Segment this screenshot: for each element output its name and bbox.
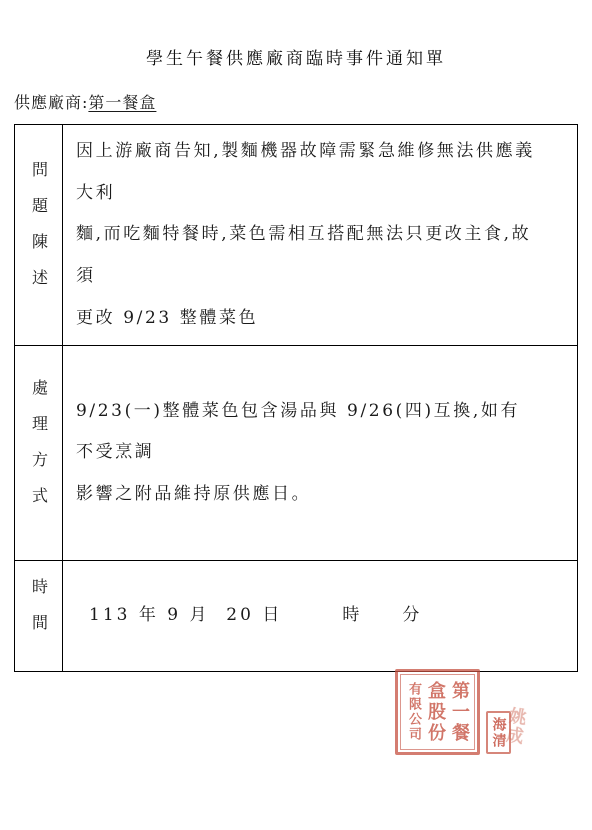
page-title: 學生午餐供應廠商臨時事件通知單 [0,0,592,69]
row-header-handling-label: 處理方式 [31,379,47,523]
company-seal-column-2: 盒股份 [426,681,444,744]
company-stamp-seal-border: 第一餐 盒股份 有限公司 [400,674,475,750]
supplier-label: 供應廠商: [14,93,88,112]
company-stamp-seal: 第一餐 盒股份 有限公司 [395,669,480,755]
company-seal-column-3: 有限公司 [407,682,420,742]
table-row-problem: 問題陳述 因上游廠商告知,製麵機器故障需緊急維修無法供應義大利 麵,而吃麵特餐時… [15,125,578,346]
incident-form-table: 問題陳述 因上游廠商告知,製麵機器故障需緊急維修無法供應義大利 麵,而吃麵特餐時… [14,124,578,672]
notification-form-page: 學生午餐供應廠商臨時事件通知單 供應廠商:第一餐盒 問題陳述 因上游廠商告知,製… [0,0,592,830]
row-header-handling: 處理方式 [15,346,63,561]
row-header-problem-label: 問題陳述 [31,161,47,305]
table-row-time: 時間 113 年 9 月 20 日 時 分 [15,561,578,672]
time-cell: 113 年 9 月 20 日 時 分 [63,561,578,672]
company-seal-column-1: 第一餐 [450,681,468,744]
supplier-name: 第一餐盒 [88,93,156,112]
supplier-line: 供應廠商:第一餐盒 [14,90,592,113]
signature-stamp-seal: 姚成 [502,706,525,746]
row-header-time-label: 時間 [31,578,47,650]
personal-name-seal-text: 海清 [492,717,506,749]
row-header-problem: 問題陳述 [15,125,63,346]
personal-name-stamp-seal: 海清 [486,711,511,754]
table-row-handling: 處理方式 9/23(一)整體菜色包含湯品與 9/26(四)互換,如有不受烹調 影… [15,346,578,561]
problem-description-cell: 因上游廠商告知,製麵機器故障需緊急維修無法供應義大利 麵,而吃麵特餐時,菜色需相… [63,125,578,346]
handling-method-cell: 9/23(一)整體菜色包含湯品與 9/26(四)互換,如有不受烹調 影響之附品維… [63,346,578,561]
row-header-time: 時間 [15,561,63,672]
